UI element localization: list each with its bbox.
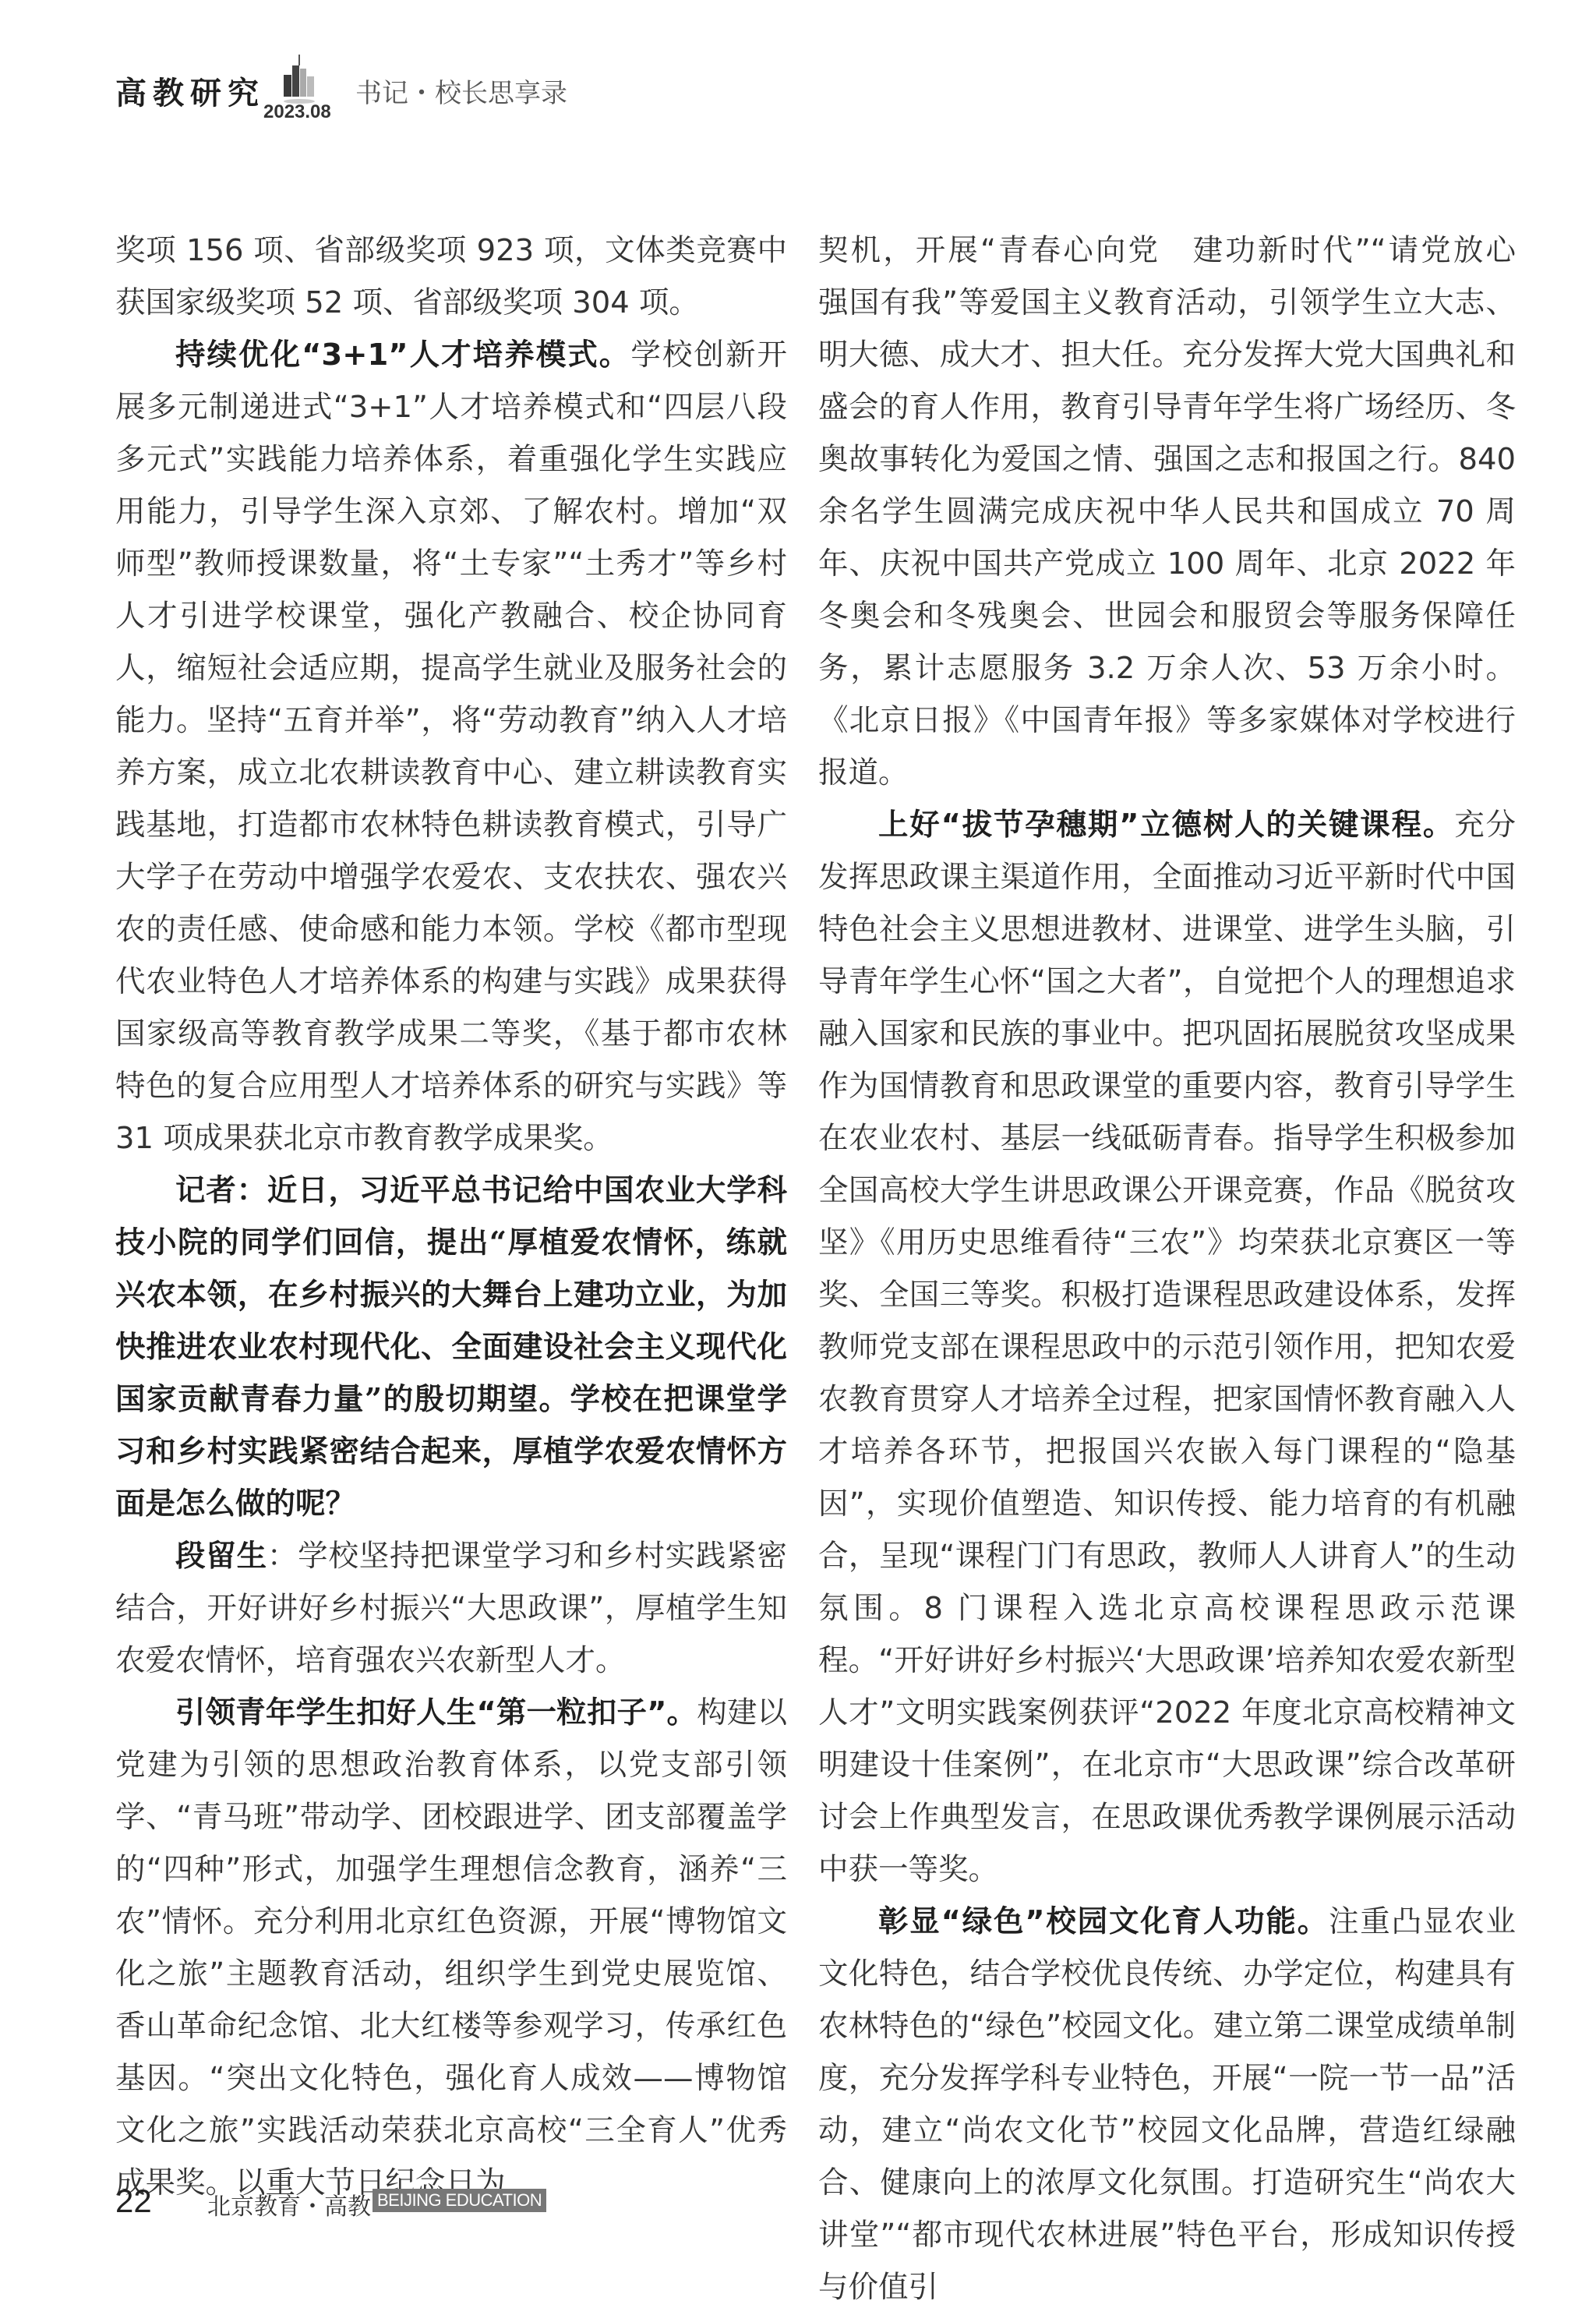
paragraph-lead: 彰显“绿色”校园文化育人功能。 [878, 1904, 1329, 1939]
paragraph: 彰显“绿色”校园文化育人功能。注重凸显农业文化特色，结合学校优良传统、办学定位，… [818, 1896, 1516, 2308]
left-column: 奖项 156 项、省部级奖项 923 项，文体类竞赛中获国家级奖项 52 项、省… [115, 224, 787, 2209]
paragraph-lead: 上好“拔节孕穗期”立德树人的关键课程。 [878, 808, 1454, 843]
page-number: 22 [115, 2183, 152, 2220]
publication-name: 北京教育・高教 [207, 2187, 371, 2221]
right-column: 契机，开展“青春心向党 建功新时代”“请党放心 强国有我”等爱国主义教育活动，引… [818, 224, 1516, 2308]
interview-question: 记者：近日，习近平总书记给中国农业大学科技小院的同学们回信，提出“厚植爱农情怀，… [115, 1165, 787, 1530]
issue-date: 2023.08 [263, 101, 331, 123]
paragraph: 契机，开展“青春心向党 建功新时代”“请党放心 强国有我”等爱国主义教育活动，引… [818, 224, 1516, 799]
section-title: 书记・校长思享录 [355, 72, 567, 110]
interview-answer: 段留生：学校坚持把课堂学习和乡村实践紧密结合，开好讲好乡村振兴“大思政课”，厚植… [115, 1530, 787, 1687]
paragraph: 奖项 156 项、省部级奖项 923 项，文体类竞赛中获国家级奖项 52 项、省… [115, 224, 787, 329]
paragraph-lead: 持续优化“3+1”人才培养模式。 [175, 338, 630, 373]
page-footer: 22 北京教育・高教 BEIJING EDUCATION [115, 2183, 817, 2221]
page-header: 高教研究 2023.08 书记・校长思享录 [115, 47, 1518, 133]
magazine-title: 高教研究 [115, 69, 265, 113]
paragraph: 上好“拔节孕穗期”立德树人的关键课程。充分发挥思政课主渠道作用，全面推动习近平新… [818, 799, 1516, 1896]
paragraph-text: 奖项 156 项、省部级奖项 923 项，文体类竞赛中获国家级奖项 52 项、省… [115, 233, 787, 320]
question-text: 记者：近日，习近平总书记给中国农业大学科技小院的同学们回信，提出“厚植爱农情怀，… [115, 1173, 787, 1522]
paragraph-lead: 引领青年学生扣好人生“第一粒扣子”。 [175, 1695, 697, 1730]
paragraph: 引领青年学生扣好人生“第一粒扣子”。构建以党建为引领的思想政治教育体系，以党支部… [115, 1687, 787, 2209]
speaker-name: 段留生 [175, 1539, 267, 1574]
paragraph-text: 注重凸显农业文化特色，结合学校优良传统、办学定位，构建具有农林特色的“绿色”校园… [818, 1904, 1516, 2305]
skyline-buildings-icon [281, 55, 318, 106]
speaker-separator: ： [267, 1539, 298, 1574]
paragraph-text: 学校创新开展多元制递进式“3+1”人才培养模式和“四层八段多元式”实践能力培养体… [115, 338, 787, 1156]
paragraph-text: 构建以党建为引领的思想政治教育体系，以党支部引领学、“青马班”带动学、团校跟进学… [115, 1695, 787, 2200]
paragraph-text: 契机，开展“青春心向党 建功新时代”“请党放心 强国有我”等爱国主义教育活动，引… [818, 233, 1546, 790]
paragraph-text: 充分发挥思政课主渠道作用，全面推动习近平新时代中国特色社会主义思想进教材、进课堂… [818, 808, 1516, 1887]
paragraph: 持续优化“3+1”人才培养模式。学校创新开展多元制递进式“3+1”人才培养模式和… [115, 329, 787, 1165]
publication-badge: BEIJING EDUCATION [373, 2189, 546, 2212]
